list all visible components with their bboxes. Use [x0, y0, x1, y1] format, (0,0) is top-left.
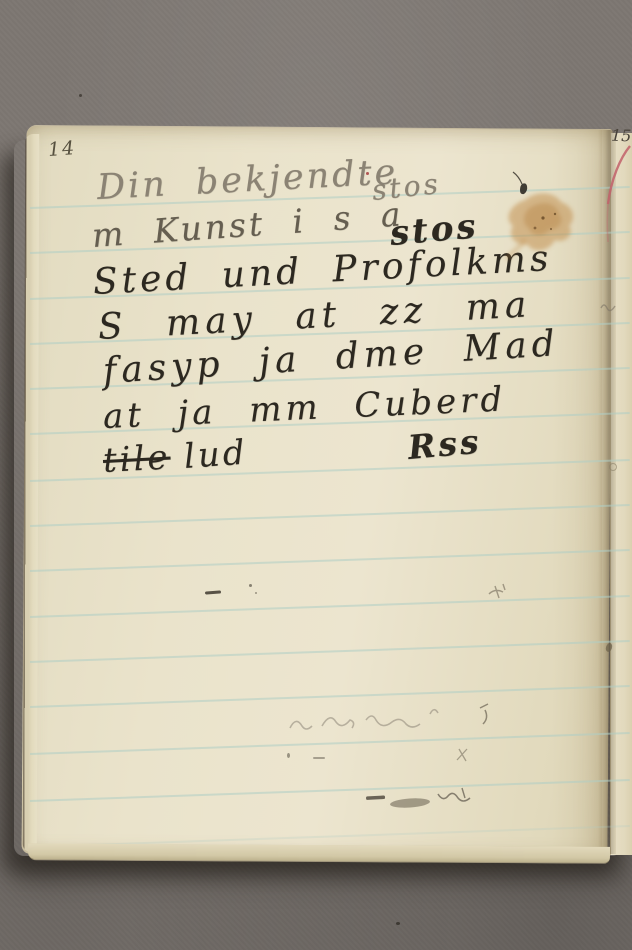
stacked-page-edges-left: [23, 134, 40, 852]
smudge-x-mark: [483, 578, 513, 604]
pencil-x-mark: [452, 744, 474, 766]
faded-pencil-scribble: [280, 698, 510, 743]
ink-smudge-row: [358, 782, 498, 816]
ink-speck: [255, 592, 257, 594]
handwriting-struck-word: tile: [102, 437, 172, 480]
stacked-page-edges-bottom: [28, 843, 610, 864]
handwriting-scribble-mark: Rss: [406, 422, 483, 467]
brown-stain: [485, 172, 595, 272]
photo-stage: 14 15 Din bekjendte stos m Kunst i s a s…: [0, 0, 632, 950]
felt-debris-speck: [396, 922, 400, 925]
pencil-dash: [313, 757, 325, 759]
red-ink-dot: [366, 172, 369, 175]
red-edge-line: [598, 138, 632, 258]
gutter-squiggle: [598, 298, 618, 314]
ink-fleck: [510, 170, 534, 198]
felt-debris-speck: [79, 94, 82, 97]
pencil-speck: [287, 753, 290, 758]
ink-speck: [249, 584, 252, 587]
page-number-14: 14: [47, 137, 77, 161]
handwriting-line-7: lud: [183, 433, 249, 477]
gutter-ring-mark: [609, 463, 617, 471]
